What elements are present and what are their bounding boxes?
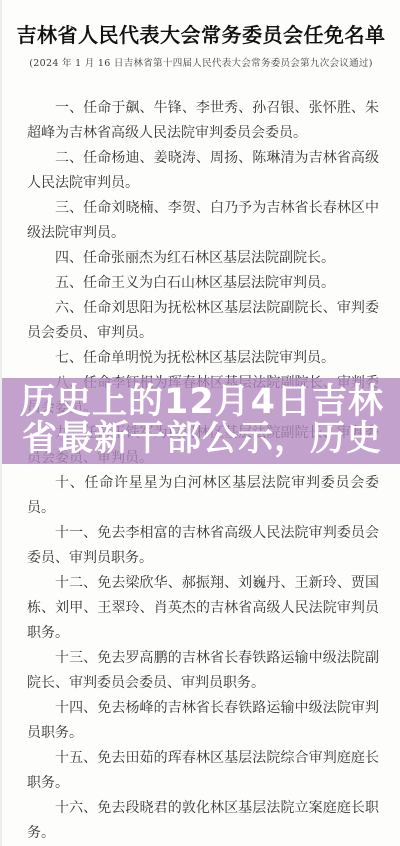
appointment-item: 四、任命张丽杰为红石林区基层法院副院长。 <box>27 246 379 271</box>
appointment-item: 一、任命于飙、牛锋、李世秀、孙召银、张怀胜、朱超峰为吉林省高级人民法院审判委员会… <box>27 96 379 146</box>
document-body: 一、任命于飙、牛锋、李世秀、孙召银、张怀胜、朱超峰为吉林省高级人民法院审判委员会… <box>27 96 379 846</box>
document-title: 吉林省人民代表大会常务委员会任免名单 <box>2 0 400 48</box>
removal-item: 十五、免去田茹的珲春林区基层法院综合审判庭庭长职务。 <box>27 746 379 796</box>
removal-item: 十六、免去段晓君的敦化林区基层法院立案庭庭长职务。 <box>27 796 379 846</box>
appointment-item: 十、任命许星星为白河林区基层法院审判委员会委员。 <box>27 471 379 521</box>
appointment-item: 六、任命刘思阳为抚松林区基层法院副院长、审判委员会委员、审判员。 <box>27 296 379 346</box>
removal-item: 十二、免去梁欣华、郝振翔、刘巍丹、王新玲、贾国栋、刘甲、王翠玲、肖英杰的吉林省高… <box>27 571 379 646</box>
removal-item: 十一、免去李相富的吉林省高级人民法院审判委员会委员、审判员职务。 <box>27 521 379 571</box>
document-subtitle: (2024 年 1 月 16 日吉林省第十四届人民代表大会常务委员会第九次会议通… <box>2 55 400 69</box>
appointment-item: 二、任命杨迪、姜晓涛、周扬、陈琳清为吉林省高级人民法院审判员。 <box>27 146 379 196</box>
document-page: 吉林省人民代表大会常务委员会任免名单 (2024 年 1 月 16 日吉林省第十… <box>0 0 400 846</box>
overlay-caption-line-1: 历史上的12月4日吉林 <box>20 384 384 421</box>
overlay-caption-banner: 历史上的12月4日吉林 省最新干部公示，历史 <box>2 378 400 464</box>
appointment-item: 七、任命单明悦为抚松林区基层法院审判员。 <box>27 346 379 371</box>
overlay-caption-line-2: 省最新干部公示，历史 <box>22 421 382 458</box>
removal-item: 十四、免去杨峰的吉林省长春铁路运输中级法院审判员职务。 <box>27 696 379 746</box>
appointment-item: 五、任命王义为白石山林区基层法院审判员。 <box>27 271 379 296</box>
appointment-item: 三、任命刘晓楠、李贺、白乃予为吉林省长春林区中级法院审判员。 <box>27 196 379 246</box>
removal-item: 十三、免去罗高鹏的吉林省长春铁路运输中级法院副院长、审判委员会委员、审判员职务。 <box>27 646 379 696</box>
